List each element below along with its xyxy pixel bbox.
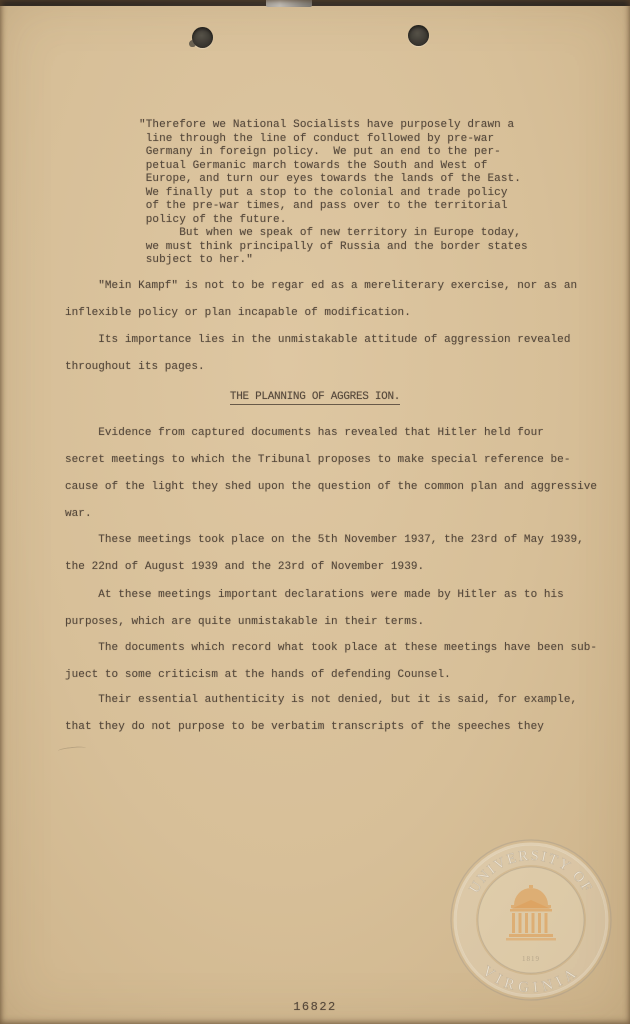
- document-page: "Therefore we National Socialists have p…: [0, 0, 630, 1024]
- paragraph-meeting-dates: These meetings took place on the 5th Nov…: [65, 527, 610, 581]
- text-line: At these meetings important declarations…: [65, 582, 610, 609]
- text-line: line through the line of conduct followe…: [139, 133, 528, 147]
- text-line: Europe, and turn our eyes towards the la…: [139, 173, 528, 187]
- text-line: cause of the light they shed upon the qu…: [65, 474, 610, 501]
- section-heading: THE PLANNING OF AGGRES ION.: [230, 391, 400, 405]
- text-line: juect to some criticism at the hands of …: [65, 662, 610, 689]
- text-line: Germany in foreign policy. We put an end…: [139, 146, 528, 160]
- text-line: Its importance lies in the unmistakable …: [65, 327, 610, 354]
- text-line: inflexible policy or plan incapable of m…: [65, 300, 610, 327]
- text-line: that they do not purpose to be verbatim …: [65, 714, 610, 741]
- text-line: These meetings took place on the 5th Nov…: [65, 527, 610, 554]
- seal-year: 1819: [522, 955, 540, 963]
- text-line: policy of the future.: [139, 214, 528, 228]
- text-line: of the pre-war times, and pass over to t…: [139, 200, 528, 214]
- text-line: We finally put a stop to the colonial an…: [139, 187, 528, 201]
- text-line: purposes, which are quite unmistakable i…: [65, 609, 610, 636]
- paragraph-mein-kampf: "Mein Kampf" is not to be regar ed as a …: [65, 273, 610, 327]
- block-quote: "Therefore we National Socialists have p…: [139, 119, 528, 268]
- text-line: "Therefore we National Socialists have p…: [139, 119, 528, 133]
- text-line: the 22nd of August 1939 and the 23rd of …: [65, 554, 610, 581]
- text-line: we must think principally of Russia and …: [139, 241, 528, 255]
- text-line: Their essential authenticity is not deni…: [65, 687, 610, 714]
- paragraph-criticism: The documents which record what took pla…: [65, 635, 610, 689]
- scanner-edge-bar: [0, 0, 630, 6]
- text-line: But when we speak of new territory in Eu…: [139, 227, 528, 241]
- text-line: The documents which record what took pla…: [65, 635, 610, 662]
- section-heading-row: THE PLANNING OF AGGRES ION.: [0, 391, 630, 403]
- text-line: Evidence from captured documents has rev…: [65, 420, 610, 447]
- pencil-mark: [58, 746, 86, 754]
- paragraph-evidence: Evidence from captured documents has rev…: [65, 420, 610, 528]
- text-line: "Mein Kampf" is not to be regar ed as a …: [65, 273, 610, 300]
- paragraph-declarations: At these meetings important declarations…: [65, 582, 610, 636]
- text-line: petual Germanic march towards the South …: [139, 160, 528, 174]
- paragraph-importance: Its importance lies in the unmistakable …: [65, 327, 610, 381]
- binder-clip: [266, 0, 312, 7]
- text-line: war.: [65, 501, 610, 528]
- text-line: subject to her.": [139, 254, 528, 268]
- text-line: secret meetings to which the Tribunal pr…: [65, 447, 610, 474]
- university-of-virginia-watermark-seal: UNIVERSITY OF VIRGINIA 1819: [446, 835, 616, 1005]
- punch-hole-left: [192, 27, 213, 48]
- paragraph-authenticity: Their essential authenticity is not deni…: [65, 687, 610, 741]
- text-line: throughout its pages.: [65, 354, 610, 381]
- punch-hole-right: [408, 25, 429, 46]
